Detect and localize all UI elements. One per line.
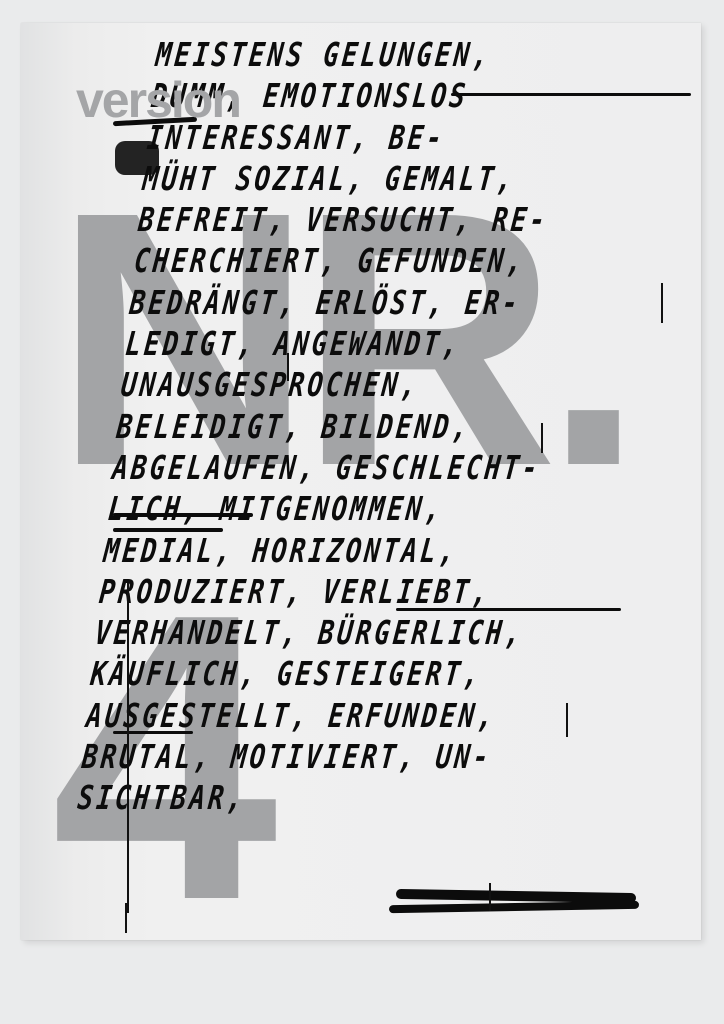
strike-line [113, 513, 253, 517]
text-line: PRODUZIERT, VERLIEBT, [97, 571, 691, 612]
brand-wordmark: version [76, 75, 240, 125]
strike-line [396, 608, 621, 611]
handwritten-text-block: MEISTENS GELUNGEN, DUMM, EMOTIONSLOS INT… [76, 34, 701, 819]
text-line: BELEIDIGT, BILDEND, [115, 406, 701, 447]
text-line: MEDIAL, HORIZONTAL, [102, 530, 696, 571]
paint-drip [489, 883, 491, 911]
text-line: SICHTBAR, [76, 777, 670, 818]
text-line: BEFREIT, VERSUCHT, RE- [137, 199, 701, 240]
text-line: AUSGESTELLT, ERFUNDEN, [84, 695, 678, 736]
text-line: UNAUSGESPROCHEN, [119, 364, 701, 405]
strike-line [113, 528, 223, 532]
strike-line [451, 93, 691, 96]
paint-drip [661, 283, 663, 323]
text-line: MÜHT SOZIAL, GEMALT, [141, 158, 701, 199]
painting-canvas: version NR. 4 MEISTENS GELUNGEN, DUMM, E… [21, 23, 701, 940]
paint-drip [127, 583, 129, 913]
text-line: BRUTAL, MOTIVIERT, UN- [80, 736, 674, 777]
paint-drip [125, 903, 127, 933]
text-line: LICH, MITGENOMMEN, [106, 488, 700, 529]
crossout-scribble [115, 141, 159, 175]
text-line: BEDRÄNGT, ERLÖST, ER- [128, 282, 701, 323]
text-line: CHERCHIERT, GEFUNDEN, [132, 240, 701, 281]
text-line: ABGELAUFEN, GESCHLECHT- [110, 447, 701, 488]
paint-drip [541, 423, 543, 453]
paint-drip [566, 703, 568, 737]
paint-drip [287, 353, 289, 381]
text-line: KÄUFLICH, GESTEIGERT, [89, 653, 683, 694]
strike-line [113, 731, 193, 734]
text-line: LEDIGT, ANGEWANDT, [124, 323, 701, 364]
crossout-scribble [389, 901, 639, 913]
text-line: VERHANDELT, BÜRGERLICH, [93, 612, 687, 653]
text-line: MEISTENS GELUNGEN, [154, 34, 701, 75]
